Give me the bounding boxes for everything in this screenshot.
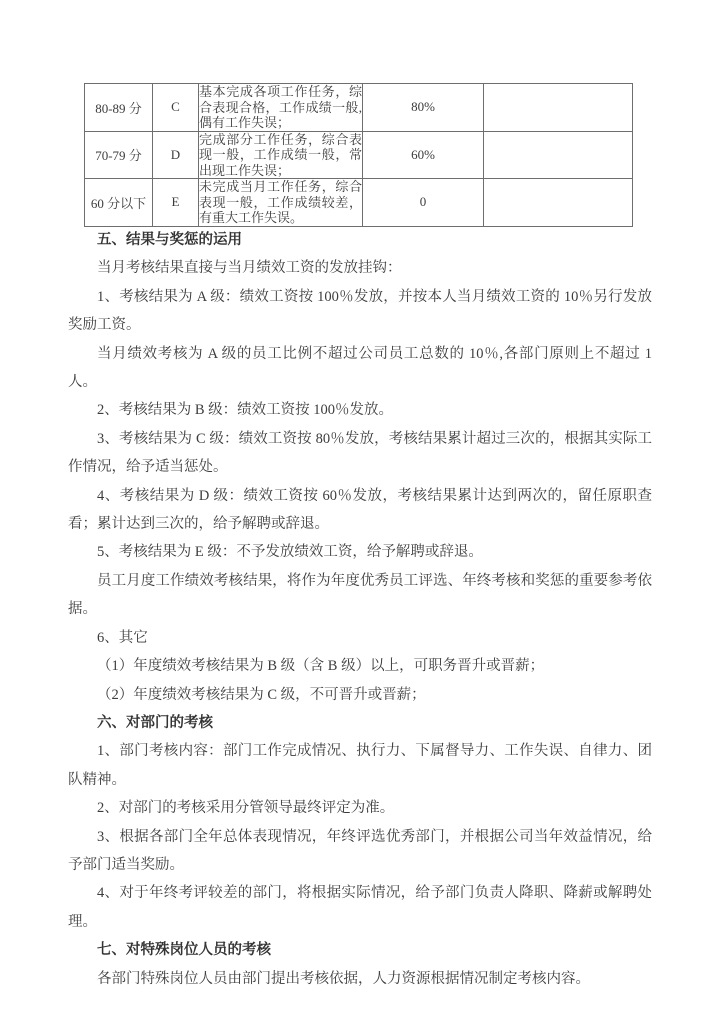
grade-cell: C — [153, 84, 199, 132]
pay-percent-cell: 0 — [363, 179, 484, 227]
paragraph: 3、考核结果为 C 级：绩效工资按 80％发放，考核结果累计超过三次的，根据其实… — [68, 425, 652, 482]
score-range-cell: 70-79 分 — [85, 131, 153, 179]
paragraph: 当月考核结果直接与当月绩效工资的发放挂钩： — [68, 254, 652, 282]
note-cell — [484, 179, 633, 227]
document-page: 80-89 分 C 基本完成各项工作任务，综合表现合格，工作成绩一般,偶有工作失… — [0, 0, 720, 1017]
pay-percent-cell: 80% — [363, 84, 484, 132]
section-heading-results-rewards: 五、结果与奖惩的运用 — [68, 226, 652, 254]
paragraph: 当月绩效考核为 A 级的员工比例不超过公司员工总数的 10％,各部门原则上不超过… — [68, 340, 652, 397]
grade-description-cell: 未完成当月工作任务，综合表现一般，工作成绩较差，有重大工作失误。 — [199, 179, 363, 227]
grade-cell: D — [153, 131, 199, 179]
paragraph: 5、考核结果为 E 级：不予发放绩效工资，给予解聘或辞退。 — [68, 538, 652, 566]
grade-description-cell: 完成部分工作任务，综合表现一般，工作成绩一般，常出现工作失误； — [199, 131, 363, 179]
table-row-grade-c: 80-89 分 C 基本完成各项工作任务，综合表现合格，工作成绩一般,偶有工作失… — [85, 84, 633, 132]
paragraph: （2）年度绩效考核结果为 C 级，不可晋升或晋薪； — [68, 681, 652, 709]
paragraph: 各部门特殊岗位人员由部门提出考核依据，人力资源根据情况制定考核内容。 — [68, 965, 652, 993]
paragraph: 2、对部门的考核采用分管领导最终评定为准。 — [68, 794, 652, 822]
pay-percent-cell: 60% — [363, 131, 484, 179]
paragraph: 4、考核结果为 D 级：绩效工资按 60％发放，考核结果累计达到两次的，留任原职… — [68, 482, 652, 539]
table-row-grade-d: 70-79 分 D 完成部分工作任务，综合表现一般，工作成绩一般，常出现工作失误… — [85, 131, 633, 179]
paragraph: 4、对于年终考评较差的部门，将根据实际情况，给予部门负责人降职、降薪或解聘处理。 — [68, 879, 652, 936]
paragraph: （1）年度绩效考核结果为 B 级（含 B 级）以上，可职务晋升或晋薪； — [68, 652, 652, 680]
grade-description-cell: 基本完成各项工作任务，综合表现合格，工作成绩一般,偶有工作失误； — [199, 84, 363, 132]
table-row-grade-e: 60 分以下 E 未完成当月工作任务，综合表现一般，工作成绩较差，有重大工作失误… — [85, 179, 633, 227]
paragraph: 6、其它 — [68, 624, 652, 652]
paragraph: 1、部门考核内容：部门工作完成情况、执行力、下属督导力、工作失误、自律力、团队精… — [68, 737, 652, 794]
paragraph: 2、考核结果为 B 级：绩效工资按 100％发放。 — [68, 396, 652, 424]
note-cell — [484, 84, 633, 132]
grade-table: 80-89 分 C 基本完成各项工作任务，综合表现合格，工作成绩一般,偶有工作失… — [84, 83, 633, 227]
paragraph: 3、根据各部门全年总体表现情况，年终评选优秀部门，并根据公司当年效益情况，给予部… — [68, 823, 652, 880]
score-range-cell: 80-89 分 — [85, 84, 153, 132]
note-cell — [484, 131, 633, 179]
section-heading-department-appraisal: 六、对部门的考核 — [68, 709, 652, 737]
paragraph: 员工月度工作绩效考核结果，将作为年度优秀员工评选、年终考核和奖惩的重要参考依据。 — [68, 567, 652, 624]
paragraph: 1、考核结果为 A 级：绩效工资按 100％发放，并按本人当月绩效工资的 10％… — [68, 283, 652, 340]
section-heading-special-posts: 七、对特殊岗位人员的考核 — [68, 936, 652, 964]
grade-cell: E — [153, 179, 199, 227]
score-range-cell: 60 分以下 — [85, 179, 153, 227]
document-body: 五、结果与奖惩的运用 当月考核结果直接与当月绩效工资的发放挂钩： 1、考核结果为… — [68, 226, 652, 993]
